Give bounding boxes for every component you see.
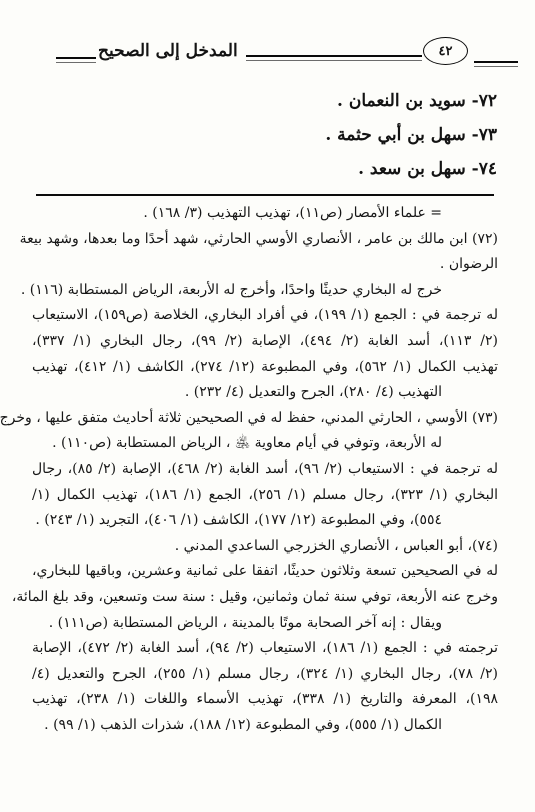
book-page: المدخل إلى الصحيح ٤٢ ٧٢- سويد بن النعمان… (0, 0, 535, 812)
footnote-line: الرضوان . (32, 252, 498, 278)
footnote-line: له ترجمة في : الاستيعاب (٢/ ٩٦)، أسد الغ… (32, 457, 498, 483)
footnote-line: ترجمته في : الجمع (١/ ١٨٦)، الاستيعاب (٢… (32, 636, 498, 662)
narrators-list: ٧٢- سويد بن النعمان . ٧٣- سهل بن أبي حثم… (325, 84, 497, 186)
footnote-line: ١٩٨)، المعرفة والتاريخ (١/ ٣٣٨)، تهذيب ا… (32, 687, 498, 713)
footnote-line: (٧٢) ابن مالك بن عامر ، الأنصاري الأوسي … (32, 227, 498, 253)
footnote-line: ٥٥٤)، وفي المطبوعة (١٢/ ١٧٧)، الكاشف (١/… (32, 508, 498, 534)
footnote-line: (٢/ ٧٨)، رجال البخاري (١/ ٣٢٤)، رجال مسل… (32, 662, 498, 688)
footnote-line: = علماء الأمصار (ص١١)، تهذيب التهذيب (٣/… (32, 201, 498, 227)
list-item: ٧٤- سهل بن سعد . (325, 152, 497, 186)
header-rule-left (56, 57, 96, 63)
header-rule-right (474, 61, 518, 67)
footnote-separator (36, 194, 494, 196)
footnote-line: (٢/ ١١٣)، أسد الغابة (٢/ ٤٩٤)، الإصابة (… (32, 329, 498, 355)
footnote-line: له في الصحيحين تسعة وثلاثون حديثًا، اتفق… (32, 559, 498, 585)
footnotes: = علماء الأمصار (ص١١)، تهذيب التهذيب (٣/… (32, 201, 498, 738)
footnote-line: خرج له البخاري حديثًا واحدًا، وأخرج له ا… (32, 278, 498, 304)
footnote-line: له ترجمة في : الجمع (١/ ١٩٩)، في أفراد ا… (32, 303, 498, 329)
footnote-line: وخرج عنه الأربعة، توفي سنة ثمان وثمانين،… (32, 585, 498, 611)
page-number: ٤٢ (439, 45, 453, 58)
page-number-badge: ٤٢ (423, 37, 468, 65)
footnote-line: (٧٣) الأوسي ، الحارثي المدني، حفظ له في … (32, 406, 498, 432)
footnote-line: الكمال (١/ ٥٥٥)، وفي المطبوعة (١٢/ ١٨٨)،… (32, 713, 498, 739)
header-rule-middle (246, 55, 422, 61)
footnote-line: له الأربعة، وتوفي في أيام معاوية ﵁ ، الر… (32, 431, 498, 457)
footnote-line: التهذيب (٤/ ٢٨٠)، الجرح والتعديل (٤/ ٢٣٢… (32, 380, 498, 406)
list-item: ٧٢- سويد بن النعمان . (325, 84, 497, 118)
book-title: المدخل إلى الصحيح (98, 41, 238, 61)
footnote-line: البخاري (١/ ٣٢٣)، رجال مسلم (١/ ٢٥٦)، ال… (32, 483, 498, 509)
footnote-line: (٧٤)، أبو العباس ، الأنصاري الخزرجي السا… (32, 534, 498, 560)
footnote-line: تهذيب الكمال (١/ ٥٦٢)، وفي المطبوعة (١٢/… (32, 355, 498, 381)
footnote-line: ويقال : إنه آخر الصحابة موتًا بالمدينة ،… (32, 611, 498, 637)
list-item: ٧٣- سهل بن أبي حثمة . (325, 118, 497, 152)
